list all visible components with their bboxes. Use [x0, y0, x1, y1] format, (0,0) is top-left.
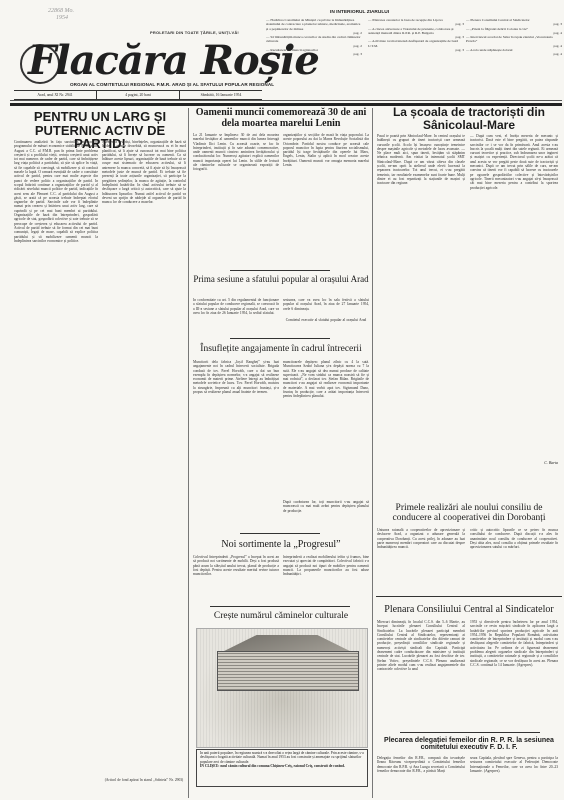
issue-date: Sâmbătă, 16 Ianuarie 1954	[180, 91, 262, 99]
headline-dorobanti: Primele realizări ale noului consiliu de…	[376, 504, 562, 524]
session-article-col1: In conformitate cu art. 5 din regulament…	[193, 298, 279, 334]
party-article-col2: Asemenea tovarăși, bineînțeles, organiza…	[102, 140, 186, 758]
photo-caption: In anii puterii populare, în regiunea no…	[196, 749, 368, 787]
headline-lenin: Oamenii muncii comemorează 30 de ani del…	[192, 108, 370, 129]
tractor-article-col2: — După cum vezi, el învăța meseria de me…	[470, 134, 558, 460]
issue-price: 4 pagini, 20 bani	[97, 91, 180, 99]
tractor-signature: C. Barta	[470, 460, 558, 465]
competition-article-col1: Muncitorii dela fabrica „Ioșif Rangheț” …	[193, 360, 279, 522]
index-item: — Acolo unde stăpânește dolarul	[466, 48, 512, 52]
stamp-line1: 22868 Mo.	[48, 8, 74, 15]
separator	[240, 533, 320, 534]
progresul-article-col1: Colectivul întreprinderii „Progresul” a …	[193, 555, 279, 593]
lenin-article-col2: organizațiilor și secțiilor de masă în v…	[283, 133, 369, 265]
separator	[230, 338, 330, 339]
headline-tractor-school: La școala de tractoriști din Sânicolaul-…	[376, 106, 562, 131]
tractor-article-col1: Pasul te poartă prin Sânicolaul-Mare. In…	[377, 134, 465, 466]
archive-stamp: 22868 Mo. 1954	[48, 8, 74, 22]
competition-article-col2: muncitoarele depășesc planul zilnic cu 4…	[283, 360, 369, 500]
progresul-article-col2: întreprinderii a realizat mobilierului i…	[283, 555, 369, 593]
column-divider	[372, 108, 373, 798]
index-item: — „Prieni la flăgranti delicti Colonia l…	[466, 27, 528, 31]
building-shape	[217, 651, 359, 691]
headline-progresul: Noi sortimente la „Progresul”	[192, 540, 370, 551]
separator	[230, 270, 330, 271]
index-page-ref: pag. 4	[466, 52, 562, 56]
separator	[400, 732, 540, 733]
separator	[376, 596, 562, 597]
index-column: — Păstrarea cerealelor la baza de recepț…	[368, 18, 464, 52]
index-page-ref: pag. 3	[266, 52, 362, 56]
masthead-rule	[10, 100, 562, 101]
delegation-article-col2: seara Capitala, plecând spre Geneva, pen…	[470, 756, 558, 792]
column-divider	[188, 108, 189, 798]
headline-session: Prima sesiune a sfatului popular al oraș…	[192, 275, 370, 284]
headline-competition: Însuflețite angajamente în cadrul întrec…	[192, 345, 370, 355]
dorobanti-article-col1: Uniunea raională a cooperativelor de apr…	[377, 528, 465, 586]
plenara-article-col2: 1953 și directivele pentru încheierea lo…	[470, 620, 558, 724]
delegation-article-col1: Delegația femeilor din R.P.R., compusă d…	[377, 756, 465, 792]
index-item: — A cincea aniversare a Tratatului de pr…	[368, 27, 454, 35]
index-title: IN INTERIORUL ZIARULUI	[330, 10, 389, 15]
issue-number: Arad, anul XI Nr. 2941	[14, 91, 97, 99]
caption-bold: IN CLIȘEU: noul cămin cultural din comun…	[200, 764, 345, 768]
party-article-col1: Continuarea analizării în fața sarcinilo…	[14, 140, 98, 780]
dorobanti-article-col2: critic și autocritic lipsurile ce se pet…	[470, 528, 558, 586]
separator	[210, 606, 350, 607]
index-page-ref: pag. 3	[368, 48, 464, 52]
session-signature: Comitetul executiv al sfatului popular a…	[283, 318, 369, 332]
headline-plenara: Plenara Consiliului Central al Sindicate…	[376, 605, 562, 616]
index-column: — Hotărîrea Consiliului de Miniștri cu p…	[266, 18, 362, 57]
index-item: — Activitate tot mai intensă desfășurată…	[368, 39, 458, 47]
masthead-subtitle: ORGAN AL COMITETULUI REGIONAL P.M.R. ARA…	[70, 82, 274, 87]
party-article-source: (Articol de fond apărut în ziarul „Scînt…	[102, 778, 186, 788]
competition-article-col3: După cuvântarea lor, toți muncitorii s-a…	[283, 500, 369, 522]
index-item: — Să îmbunătățim munca cercurilor de stu…	[266, 35, 361, 43]
index-item: — Rezultatele ale muncii agitatorilor	[266, 48, 318, 52]
masthead-motto: PROLETARI DIN TOATE ȚĂRILE, UNIȚI-VĂ!	[150, 30, 239, 35]
headline-camine: Crește numărul căminelor culturale	[192, 612, 370, 622]
plenara-article-col1: Miercuri dimineață, în localul C.C.S. di…	[377, 620, 465, 724]
session-article-col2: sesiunea, care va avea loc în sala festi…	[283, 298, 369, 318]
masthead-info-bar: Arad, anul XI Nr. 2941 4 pagini, 20 bani…	[14, 90, 262, 100]
stamp-line2: 1954	[48, 15, 74, 22]
headline-delegation: Plecarea delegației femeilor din R. P. R…	[376, 737, 562, 752]
caption-text: In anii puterii populare, în regiunea no…	[200, 751, 364, 764]
lenin-article-col1: La 21 Ianuarie se împlinesc 30 de ani de…	[193, 133, 279, 265]
cultural-center-photo	[196, 628, 368, 748]
index-item: — Păstrarea cerealelor la baza de recepț…	[368, 18, 443, 22]
index-item: — Hotărîrea Consiliului de Miniștri cu p…	[266, 18, 360, 31]
index-column: — Plenara Consiliului Central al Sindica…	[466, 18, 562, 57]
index-item: — Plenara Consiliului Central al Sindica…	[466, 18, 530, 22]
index-item: — Interviewul acordat de Sidor Kovpak zi…	[466, 35, 553, 43]
